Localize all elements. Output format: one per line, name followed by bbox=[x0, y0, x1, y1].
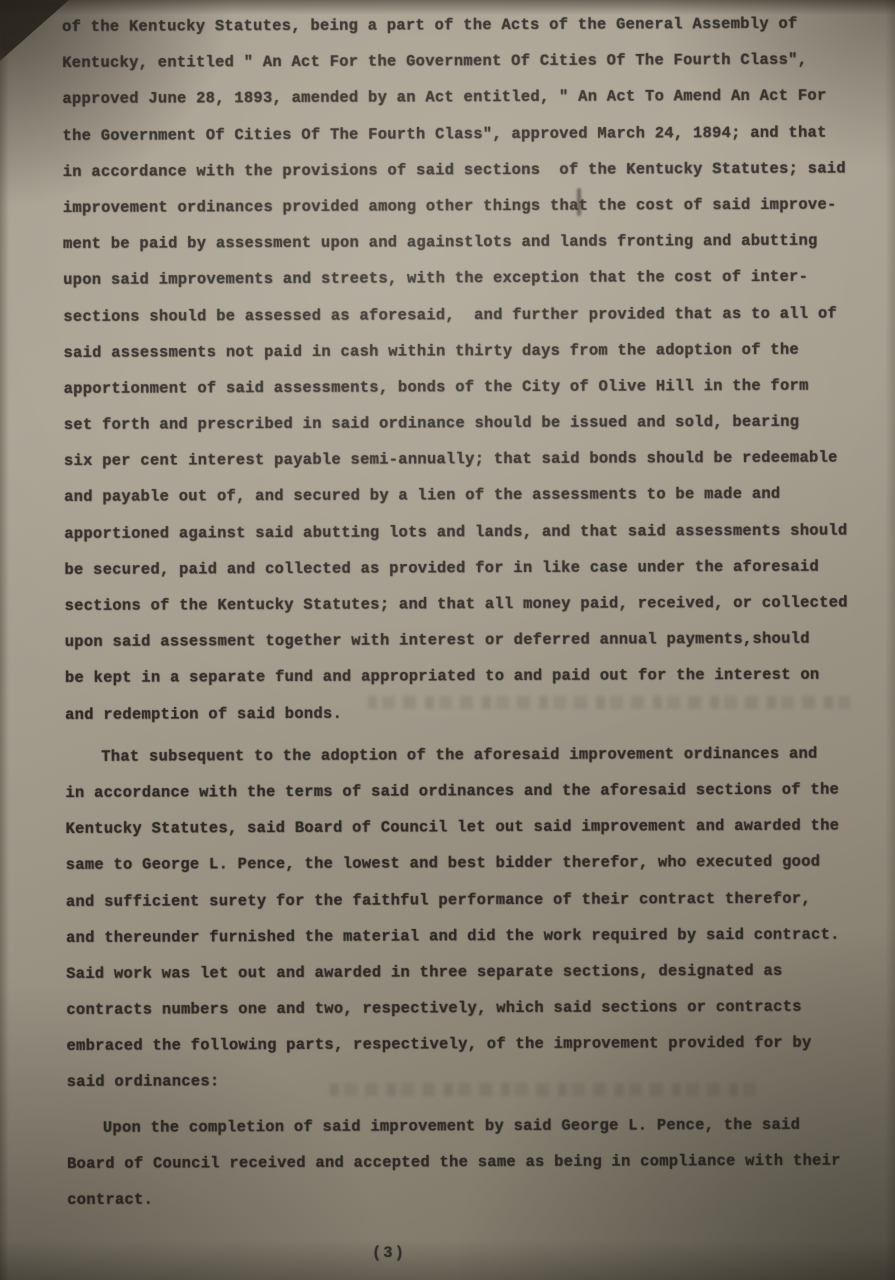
document-line: and sufficient surety for the faithful p… bbox=[66, 887, 866, 927]
document-line: the Government Of Cities Of The Fourth C… bbox=[62, 121, 862, 161]
document-line: apportioned against said abutting lots a… bbox=[64, 519, 864, 559]
document-line: and payable out of, and secured by a lie… bbox=[64, 483, 864, 523]
document-line: same to George L. Pence, the lowest and … bbox=[66, 851, 866, 891]
document-line: That subsequent to the adoption of the a… bbox=[65, 742, 865, 782]
document-line: said assessments not paid in cash within… bbox=[63, 338, 863, 378]
document-photo: of the Kentucky Statutes, being a part o… bbox=[0, 0, 895, 1280]
document-line: and thereunder furnished the material an… bbox=[66, 923, 866, 963]
document-line: be secured, paid and collected as provid… bbox=[64, 555, 864, 595]
page-number: (3) bbox=[372, 1244, 406, 1262]
document-line: Board of Council received and accepted t… bbox=[67, 1149, 867, 1189]
document-line: six per cent interest payable semi-annua… bbox=[64, 447, 864, 487]
document-line: embraced the following parts, respective… bbox=[66, 1032, 866, 1072]
document-line: ment be paid by assessment upon and agai… bbox=[63, 230, 863, 270]
document-line: sections of the Kentucky Statutes; and t… bbox=[65, 592, 865, 632]
document-line: Said work was let out and awarded in thr… bbox=[66, 959, 866, 999]
document-body: of the Kentucky Statutes, being a part o… bbox=[62, 13, 867, 1226]
document-line: contracts numbers one and two, respectiv… bbox=[66, 996, 866, 1036]
document-line: of the Kentucky Statutes, being a part o… bbox=[62, 13, 862, 53]
document-line: and redemption of said bonds. bbox=[65, 700, 865, 740]
document-line: contract. bbox=[67, 1185, 867, 1225]
document-line: improvement ordinances provided among ot… bbox=[63, 193, 863, 233]
document-line: Kentucky Statutes, said Board of Council… bbox=[65, 815, 865, 855]
document-line: in accordance with the terms of said ord… bbox=[65, 778, 865, 818]
document-line: apportionment of said assessments, bonds… bbox=[64, 374, 864, 414]
document-line: Kentucky, entitled " An Act For the Gove… bbox=[62, 49, 862, 89]
document-line: in accordance with the provisions of sai… bbox=[63, 157, 863, 197]
document-line: approved June 28, 1893, amended by an Ac… bbox=[62, 85, 862, 125]
document-line: set forth and prescribed in said ordinan… bbox=[64, 411, 864, 451]
document-line: said ordinances: bbox=[67, 1068, 867, 1108]
document-line: upon said assessment together with inter… bbox=[65, 628, 865, 668]
document-line: upon said improvements and streets, with… bbox=[63, 266, 863, 306]
document-line: sections should be assessed as aforesaid… bbox=[63, 302, 863, 342]
document-line: be kept in a separate fund and appropria… bbox=[65, 664, 865, 704]
document-line: Upon the completion of said improvement … bbox=[67, 1113, 867, 1153]
